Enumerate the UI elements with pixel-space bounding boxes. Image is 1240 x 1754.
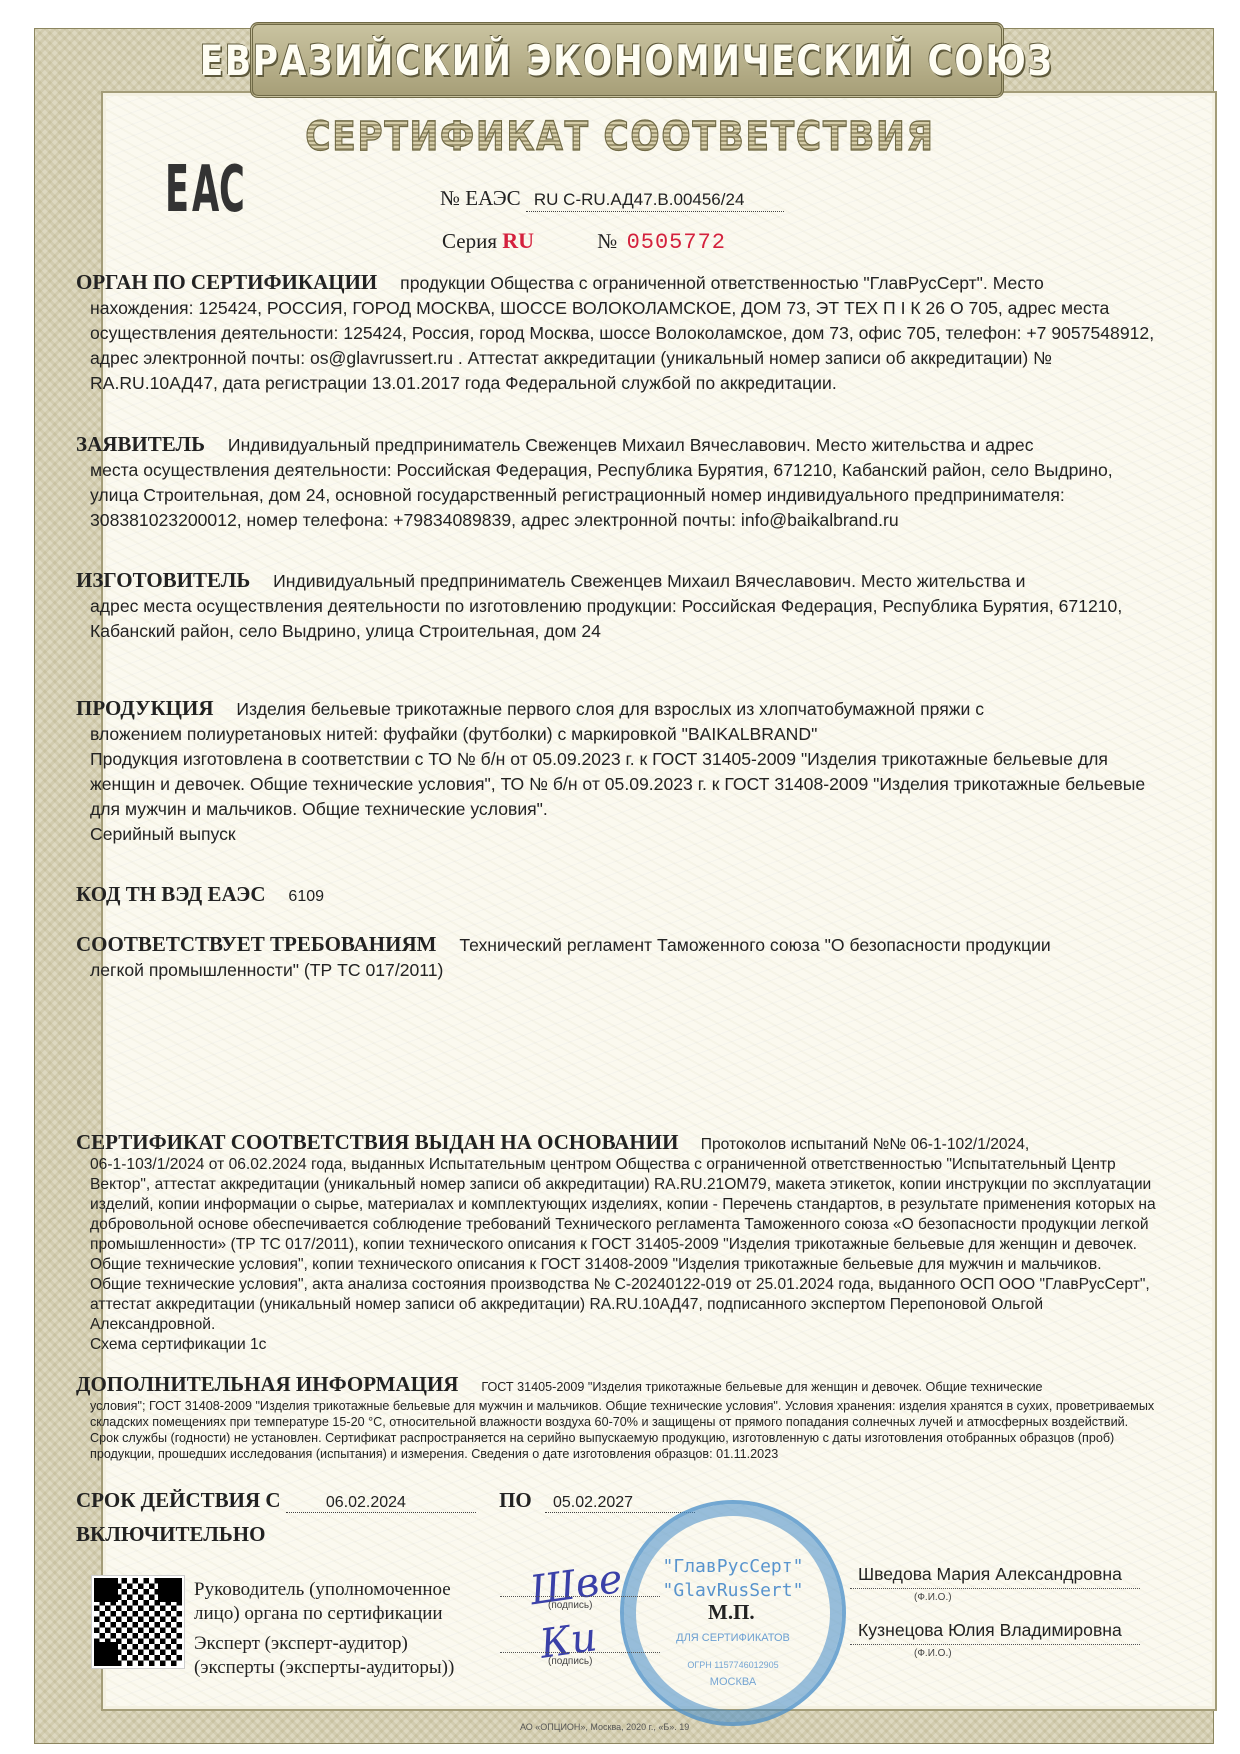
validity-inclusive: ВКЛЮЧИТЕЛЬНО <box>76 1522 265 1547</box>
conforms-section: СООТВЕТСТВУЕТ ТРЕБОВАНИЯМ Технический ре… <box>76 932 1156 983</box>
union-title: ЕВРАЗИЙСКИЙ ЭКОНОМИЧЕСКИЙ СОЮЗ <box>200 36 1054 85</box>
expert-signature-line <box>500 1652 660 1653</box>
hs-code-value: 6109 <box>288 888 324 905</box>
additional-info-section: ДОПОЛНИТЕЛЬНАЯ ИНФОРМАЦИЯ ГОСТ 31405-200… <box>76 1372 1156 1462</box>
manufacturer-section: ИЗГОТОВИТЕЛЬ Индивидуальный предпринимат… <box>76 568 1156 644</box>
series-block: Серия RU № 0505772 <box>442 228 726 255</box>
serial-number: 0505772 <box>627 230 726 255</box>
seal-label: М.П. <box>708 1600 755 1625</box>
valid-from-date: 06.02.2024 <box>286 1494 476 1513</box>
expert-name: Кузнецова Юлия Владимировна <box>858 1620 1122 1641</box>
series-value: RU <box>502 228 534 253</box>
expert-signature-caption: (подпись) <box>548 1656 592 1667</box>
expert-name-line <box>850 1644 1140 1645</box>
head-name-caption: (Ф.И.О.) <box>914 1592 952 1603</box>
certification-body-section: ОРГАН ПО СЕРТИФИКАЦИИ продукции Общества… <box>76 270 1156 396</box>
union-banner: ЕВРАЗИЙСКИЙ ЭКОНОМИЧЕСКИЙ СОЮЗ <box>250 22 1004 98</box>
expert-role-label: Эксперт (эксперт-аудитор) <box>194 1632 408 1656</box>
product-section: ПРОДУКЦИЯ Изделия бельевые трикотажные п… <box>76 696 1156 847</box>
eac-logo-icon: ЕАС <box>160 158 236 222</box>
certificate-number-value: RU C-RU.АД47.В.00456/24 <box>526 190 785 212</box>
head-role-label: Руководитель (уполномоченное лицо) орган… <box>194 1578 464 1626</box>
head-signature-caption: (подпись) <box>548 1600 592 1611</box>
qr-code-icon[interactable] <box>92 1576 184 1668</box>
printer-note: АО «ОПЦИОН», Москва, 2020 г., «Б». 19 <box>520 1722 689 1732</box>
head-name-line <box>850 1588 1140 1589</box>
applicant-section: ЗАЯВИТЕЛЬ Индивидуальный предприниматель… <box>76 432 1156 533</box>
head-signature-line <box>500 1596 660 1597</box>
hs-code-section: КОД ТН ВЭД ЕАЭС 6109 <box>76 882 1156 909</box>
expert-name-caption: (Ф.И.О.) <box>914 1648 952 1659</box>
validity-period: СРОК ДЕЙСТВИЯ С 06.02.2024 ПО 05.02.2027 <box>76 1488 695 1513</box>
valid-to-date: 05.02.2027 <box>545 1494 695 1513</box>
head-name: Шведова Мария Александровна <box>858 1564 1122 1585</box>
expert-role-label-2: (эксперты (эксперты-аудиторы)) <box>194 1656 454 1680</box>
certificate-number: № ЕАЭС RU C-RU.АД47.В.00456/24 <box>440 186 784 211</box>
basis-section: СЕРТИФИКАТ СООТВЕТСТВИЯ ВЫДАН НА ОСНОВАН… <box>76 1132 1156 1355</box>
